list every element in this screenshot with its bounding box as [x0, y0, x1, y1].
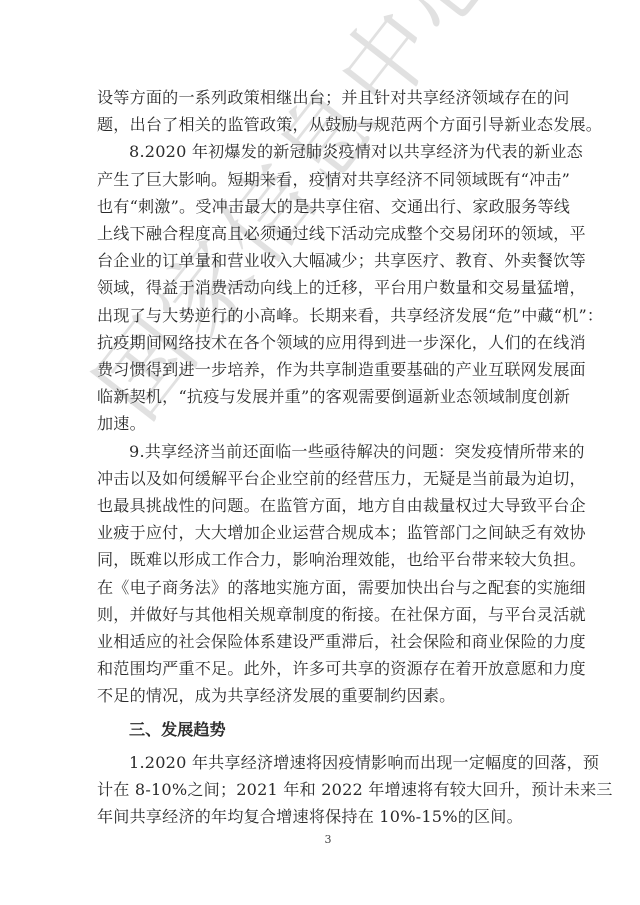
page-number: 3 — [320, 833, 336, 846]
text-line: 和范围均严重不足。此外，许多可共享的资源存在着开放意愿和力度 — [97, 655, 563, 682]
text-line: 产生了巨大影响。短期来看，疫情对共享经济不同领域既有“冲击” — [97, 166, 563, 193]
text-line: 费习惯得到进一步培养，作为共享制造重要基础的产业互联网发展面 — [97, 356, 563, 383]
text-line: 领域，得益于消费活动向线上的迁移，平台用户数量和交易量猛增， — [97, 274, 563, 301]
text-line: 业相适应的社会保险体系建设严重滞后，社会保险和商业保险的力度 — [97, 628, 563, 655]
paragraph-item-9: 9.共享经济当前还面临一些亟待解决的问题：突发疫情所带来的 冲击以及如何缓解平台… — [97, 438, 563, 710]
text-line: 在《电子商务法》的落地实施方面，需要加快出台与之配套的实施细 — [97, 574, 563, 601]
text-line: 年间共享经济的年均复合增速将保持在 10%-15%的区间。 — [97, 803, 563, 830]
text-line: 不足的情况，成为共享经济发展的重要制约因素。 — [97, 682, 563, 709]
text-line: 抗疫期间网络技术在各个领域的应用得到进一步深化，人们的在线消 — [97, 329, 563, 356]
text-line: 加速。 — [97, 410, 563, 437]
text-line: 台企业的订单量和营业收入大幅减少；共享医疗、教育、外卖餐饮等 — [97, 247, 563, 274]
text-line: 同，既难以形成工作合力，影响治理效能，也给平台带来较大负担。 — [97, 546, 563, 573]
text-line: 业疲于应付，大大增加企业运营合规成本；监管部门之间缺乏有效协 — [97, 519, 563, 546]
text-line: 冲击以及如何缓解平台企业空前的经营压力，无疑是当前最为迫切， — [97, 465, 563, 492]
paragraph-intro-continued: 设等方面的一系列政策相继出台；并且针对共享经济领域存在的问 题，出台了相关的监管… — [97, 84, 563, 138]
text-line: 题，出台了相关的监管政策，从鼓励与规范两个方面引导新业态发展。 — [97, 111, 563, 138]
paragraph-item-8: 8.2020 年初爆发的新冠肺炎疫情对以共享经济为代表的新业态 产生了巨大影响。… — [97, 138, 563, 437]
text-line: 也有“刺激”。受冲击最大的是共享住宿、交通出行、家政服务等线 — [97, 193, 563, 220]
section-heading: 三、发展趋势 — [97, 716, 563, 743]
text-line: 出现了与大势逆行的小高峰。长期来看，共享经济发展“危”中藏“机”： — [97, 302, 563, 329]
paragraph-trend-1: 1.2020 年共享经济增速将因疫情影响而出现一定幅度的回落，预 计在 8-10… — [97, 749, 563, 831]
page-content: 设等方面的一系列政策相继出台；并且针对共享经济领域存在的问 题，出台了相关的监管… — [97, 84, 563, 830]
text-line: 上线下融合程度高且必须通过线下活动完成整个交易闭环的领域，平 — [97, 220, 563, 247]
text-line: 8.2020 年初爆发的新冠肺炎疫情对以共享经济为代表的新业态 — [97, 138, 563, 165]
text-line: 也最具挑战性的问题。在监管方面，地方自由裁量权过大导致平台企 — [97, 492, 563, 519]
text-line: 临新契机，“抗疫与发展并重”的客观需要倒逼新业态领域制度创新 — [97, 383, 563, 410]
text-line: 则，并做好与其他相关规章制度的衔接。在社保方面，与平台灵活就 — [97, 601, 563, 628]
text-line: 设等方面的一系列政策相继出台；并且针对共享经济领域存在的问 — [97, 84, 563, 111]
text-line: 计在 8-10%之间；2021 年和 2022 年增速将有较大回升，预计未来三 — [97, 776, 563, 803]
text-line: 1.2020 年共享经济增速将因疫情影响而出现一定幅度的回落，预 — [97, 749, 563, 776]
document-page: 国家信息中心 设等方面的一系列政策相继出台；并且针对共享经济领域存在的问 题，出… — [0, 0, 640, 905]
text-line: 9.共享经济当前还面临一些亟待解决的问题：突发疫情所带来的 — [97, 438, 563, 465]
